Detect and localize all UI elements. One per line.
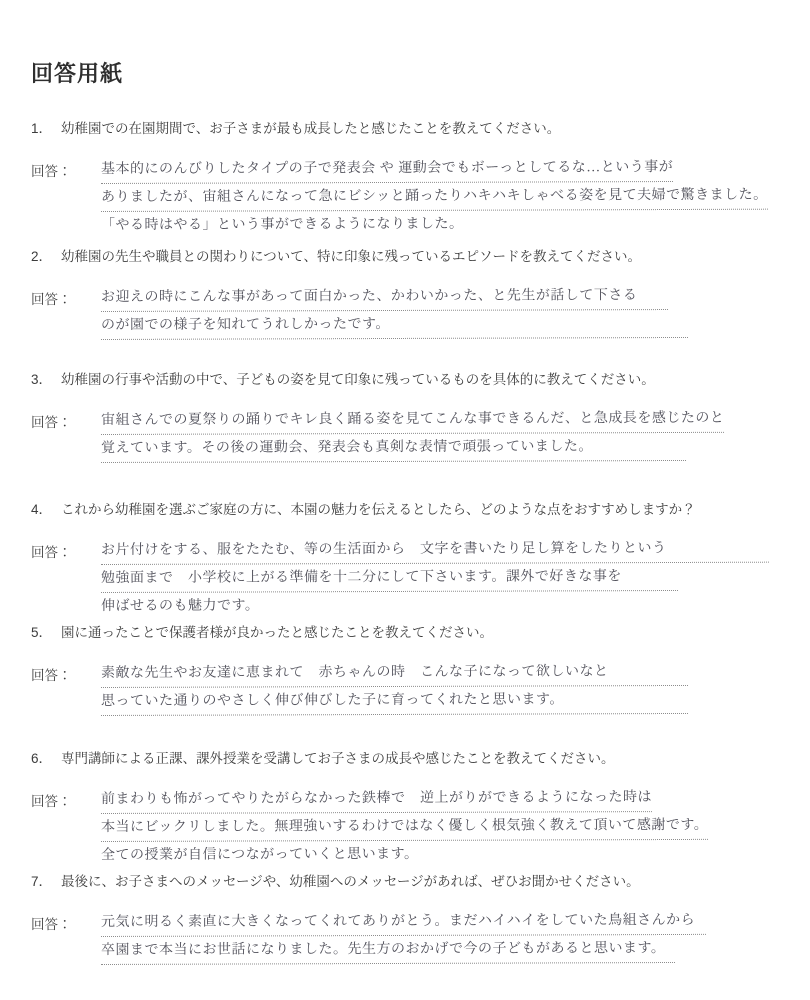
answer-lines: 宙組さんでの夏祭りの踊りでキレ良く踊る姿を見てこんな事できるんだ、と急成長を感じ… <box>101 407 796 463</box>
question-section-3: 3． 幼稚園の行事や活動の中で、子どもの姿を見て印象に残っているものを具体的に教… <box>31 370 796 463</box>
answer-lines: 素敵な先生やお友達に恵まれて 赤ちゃんの時 こんな子になって欲しいなと 思ってい… <box>101 660 796 716</box>
question-section-4: 4． これから幼稚園を選ぶご家庭の方に、本園の魅力を伝えるとしたら、どのような点… <box>31 500 796 620</box>
answer-label: 回答： <box>31 407 101 463</box>
question-text: 園に通ったことで保護者様が良かったと感じたことを教えてください。 <box>61 623 493 643</box>
answer-label: 回答： <box>31 284 101 340</box>
question-1: 1． 幼稚園での在園期間で、お子さまが最も成長したと感じたことを教えてください。 <box>31 119 796 139</box>
handwriting-line: お片付けをする、服をたたむ、等の生活面から 文字を書いたり足し算をしたりという <box>101 535 769 565</box>
handwriting-line: 全ての授業が自信につながっていくと思います。 <box>101 841 419 869</box>
question-section-1: 1． 幼稚園での在園期間で、お子さまが最も成長したと感じたことを教えてください。… <box>31 119 796 239</box>
question-number: 2． <box>31 247 61 267</box>
question-number: 3． <box>31 370 61 390</box>
question-text: 幼稚園の行事や活動の中で、子どもの姿を見て印象に残っているものを具体的に教えてく… <box>61 370 655 390</box>
question-number: 5． <box>31 623 61 643</box>
answer-lines: 基本的にのんびりしたタイプの子で発表会 や 運動会でもボーっとしてるな…という事… <box>101 156 796 239</box>
answer-label: 回答： <box>31 786 101 869</box>
answer-label: 回答： <box>31 537 101 620</box>
answer-block-5: 回答： 素敵な先生やお友達に恵まれて 赤ちゃんの時 こんな子になって欲しいなと … <box>31 660 796 716</box>
question-number: 1． <box>31 119 61 139</box>
answer-label: 回答： <box>31 156 101 239</box>
answer-lines: 前まわりも怖がってやりたがらなかった鉄棒で 逆上がりができるようになった時は 本… <box>101 786 796 869</box>
handwriting-line: 宙組さんでの夏祭りの踊りでキレ良く踊る姿を見てこんな事できるんだ、と急成長を感じ… <box>101 405 724 435</box>
handwriting-line: 前まわりも怖がってやりたがらなかった鉄棒で 逆上がりができるようになった時は <box>101 784 652 814</box>
handwriting-line: 卒園まで本当にお世話になりました。先生方のおかげで今の子どもがあると思います。 <box>101 935 675 965</box>
question-5: 5． 園に通ったことで保護者様が良かったと感じたことを教えてください。 <box>31 623 796 643</box>
handwriting-line: ありましたが、宙組さんになって急にビシッと踊ったりハキハキしゃべる姿を見て夫婦で… <box>101 182 768 212</box>
answer-block-1: 回答： 基本的にのんびりしたタイプの子で発表会 や 運動会でもボーっとしてるな…… <box>31 156 796 239</box>
answer-label: 回答： <box>31 909 101 965</box>
question-section-6: 6． 専門講師による正課、課外授業を受講してお子さまの成長や感じたことを教えてく… <box>31 749 796 869</box>
question-7: 7． 最後に、お子さまへのメッセージや、幼稚園へのメッセージがあれば、ぜひお聞か… <box>31 872 796 892</box>
handwriting-line: 素敵な先生やお友達に恵まれて 赤ちゃんの時 こんな子になって欲しいなと <box>101 658 688 688</box>
answer-block-2: 回答： お迎えの時にこんな事があって面白かった、かわいかった、と先生が話して下さ… <box>31 284 796 340</box>
handwriting-line: 元気に明るく素直に大きくなってくれてありがとう。まだハイハイをしていた鳥組さんか… <box>101 907 706 937</box>
question-section-2: 2． 幼稚園の先生や職員との関わりについて、特に印象に残っているエピソードを教え… <box>31 247 796 340</box>
question-section-7: 7． 最後に、お子さまへのメッセージや、幼稚園へのメッセージがあれば、ぜひお聞か… <box>31 872 796 965</box>
handwriting-line: お迎えの時にこんな事があって面白かった、かわいかった、と先生が話して下さる <box>101 282 668 312</box>
question-text: 最後に、お子さまへのメッセージや、幼稚園へのメッセージがあれば、ぜひお聞かせくだ… <box>61 872 640 892</box>
handwriting-line: 「やる時はやる」という事ができるようになりました。 <box>101 211 464 239</box>
question-section-5: 5． 園に通ったことで保護者様が良かったと感じたことを教えてください。 回答： … <box>31 623 796 716</box>
handwriting-line: 基本的にのんびりしたタイプの子で発表会 や 運動会でもボーっとしてるな…という事… <box>101 154 673 184</box>
handwriting-line: 伸ばせるのも魅力です。 <box>101 592 259 620</box>
page-title: 回答用紙 <box>31 57 123 88</box>
answer-lines: 元気に明るく素直に大きくなってくれてありがとう。まだハイハイをしていた鳥組さんか… <box>101 909 796 965</box>
question-text: 幼稚園の先生や職員との関わりについて、特に印象に残っているエピソードを教えてくだ… <box>61 247 641 267</box>
answer-block-3: 回答： 宙組さんでの夏祭りの踊りでキレ良く踊る姿を見てこんな事できるんだ、と急成… <box>31 407 796 463</box>
question-text: これから幼稚園を選ぶご家庭の方に、本園の魅力を伝えるとしたら、どのような点をおす… <box>61 500 696 520</box>
answer-lines: お迎えの時にこんな事があって面白かった、かわいかった、と先生が話して下さる のが… <box>101 284 796 340</box>
question-3: 3． 幼稚園の行事や活動の中で、子どもの姿を見て印象に残っているものを具体的に教… <box>31 370 796 390</box>
question-text: 幼稚園での在園期間で、お子さまが最も成長したと感じたことを教えてください。 <box>61 119 560 139</box>
question-number: 6． <box>31 749 61 769</box>
handwriting-line: 思っていた通りのやさしく伸び伸びした子に育ってくれたと思います。 <box>101 686 688 716</box>
handwriting-line: 本当にビックリしました。無理強いするわけではなく優しく根気強く教えて頂いて感謝で… <box>101 812 708 842</box>
handwriting-line: のが園での様子を知れてうれしかったです。 <box>101 310 688 340</box>
answer-label: 回答： <box>31 660 101 716</box>
answer-block-4: 回答： お片付けをする、服をたたむ、等の生活面から 文字を書いたり足し算をしたり… <box>31 537 796 620</box>
question-number: 4． <box>31 500 61 520</box>
answer-lines: お片付けをする、服をたたむ、等の生活面から 文字を書いたり足し算をしたりという … <box>101 537 796 620</box>
question-2: 2． 幼稚園の先生や職員との関わりについて、特に印象に残っているエピソードを教え… <box>31 247 796 267</box>
question-4: 4． これから幼稚園を選ぶご家庭の方に、本園の魅力を伝えるとしたら、どのような点… <box>31 500 796 520</box>
handwriting-line: 覚えています。その後の運動会、発表会も真剣な表情で頑張っていました。 <box>101 433 686 463</box>
question-text: 専門講師による正課、課外授業を受講してお子さまの成長や感じたことを教えてください… <box>61 749 615 769</box>
question-6: 6． 専門講師による正課、課外授業を受講してお子さまの成長や感じたことを教えてく… <box>31 749 796 769</box>
answer-block-6: 回答： 前まわりも怖がってやりたがらなかった鉄棒で 逆上がりができるようになった… <box>31 786 796 869</box>
answer-block-7: 回答： 元気に明るく素直に大きくなってくれてありがとう。まだハイハイをしていた鳥… <box>31 909 796 965</box>
handwriting-line: 勉強面まで 小学校に上がる準備を十二分にして下さいます。課外で好きな事を <box>101 563 678 593</box>
question-number: 7． <box>31 872 61 892</box>
